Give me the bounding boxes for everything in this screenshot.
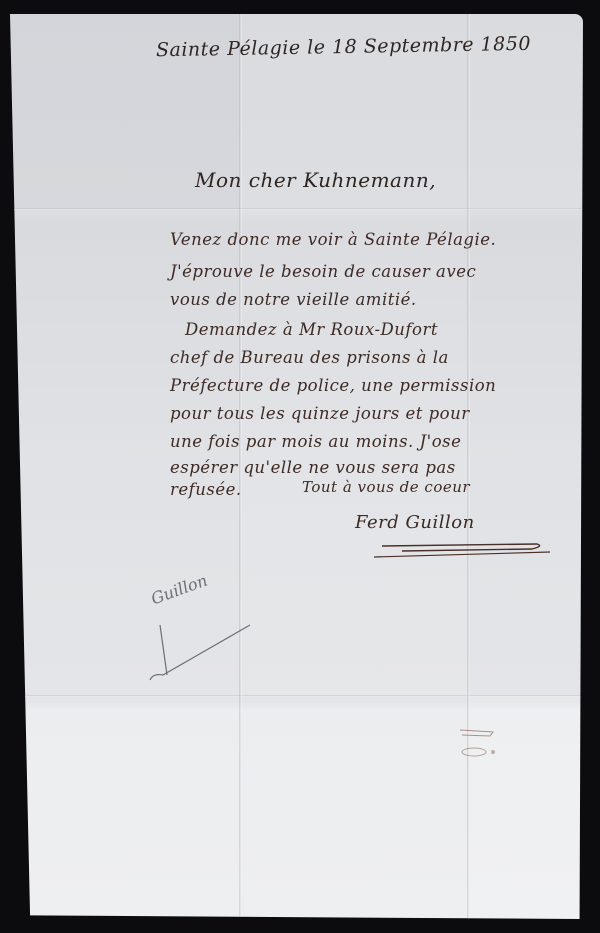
letter-signature: Ferd Guillon <box>355 512 475 533</box>
body-line: chef de Bureau des prisons à la <box>170 348 449 367</box>
body-line: Demandez à Mr Roux-Dufort <box>185 320 438 339</box>
body-line: refusée. <box>170 480 242 499</box>
letter-closing: Tout à vous de coeur <box>302 478 470 496</box>
center-panel-shade <box>240 209 468 696</box>
body-line: Venez donc me voir à Sainte Pélagie. <box>170 230 496 249</box>
fold-line-horizontal-top <box>10 208 583 210</box>
body-line: vous de notre vieille amitié. <box>170 290 417 309</box>
body-line: pour tous les quinze jours et pour <box>170 404 470 423</box>
pencil-underline <box>145 595 255 685</box>
fold-line-horizontal-bottom <box>10 695 583 697</box>
fold-line-vertical-right <box>467 14 470 919</box>
letter-salutation: Mon cher Kuhnemann, <box>195 168 436 192</box>
body-line: espérer qu'elle ne vous sera pas <box>170 458 456 477</box>
body-line: J'éprouve le besoin de causer avec <box>170 262 476 281</box>
body-line: une fois par mois au moins. J'ose <box>170 432 461 451</box>
signature-flourish <box>372 540 552 560</box>
faded-postmark <box>448 722 528 762</box>
body-line: Préfecture de police, une permission <box>170 376 496 395</box>
